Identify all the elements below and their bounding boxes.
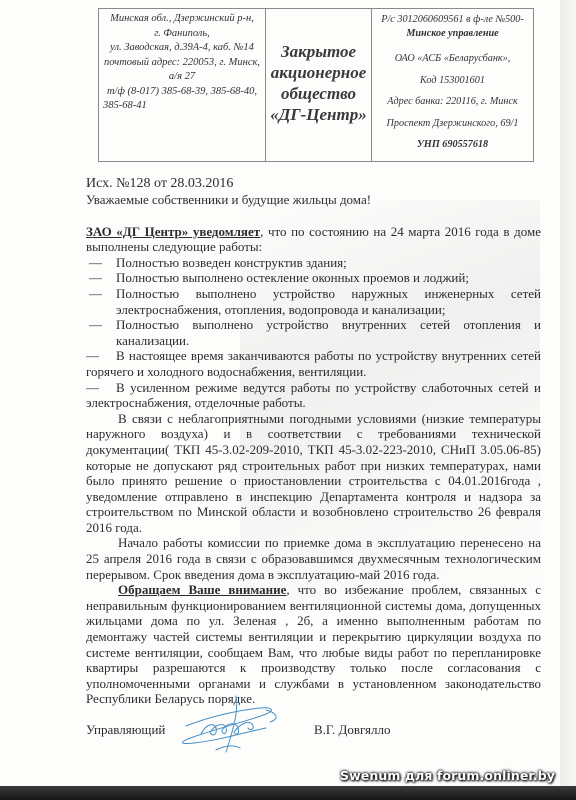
bank-branch: Минское управление — [375, 27, 530, 41]
address-line: г. Фаниполь, — [103, 27, 261, 42]
ongoing-work-paragraph: —В настоящее время заканчиваются работы … — [86, 348, 541, 379]
unp-number: УНП 690557618 — [375, 134, 530, 156]
address-line: ул. Заводская, д.39А-4, каб. №14 — [103, 41, 261, 56]
bank-address: Адрес банка: 220116, г. Минск — [375, 91, 530, 113]
attention-heading: Обращаем Ваше внимание — [118, 582, 286, 597]
phone-line: т/ф (8-017) 385-68-39, 385-68-40, — [103, 85, 261, 100]
bank-name: ОАО «АСБ «Беларусбанк», — [375, 48, 530, 70]
greeting: Уважаемые собственники и будущие жильцы … — [86, 192, 541, 208]
company-name-line: общество — [281, 83, 356, 104]
address-line: Минская обл., Дзержинский р-н, — [103, 12, 261, 27]
forum-watermark: Swenum для forum.onliner.by — [340, 768, 555, 783]
signature-block: Управляющий В.Г. Довгялло — [86, 722, 541, 742]
company-notifies: ЗАО «ДГ Центр» уведомляет — [86, 224, 260, 239]
list-item: —Полностью возведен конструктив здания; — [86, 255, 541, 271]
page-edge — [560, 0, 576, 786]
bank-street: Проспект Дзержинского, 69/1 — [375, 113, 530, 135]
letterhead-address-cell: Минская обл., Дзержинский р-н, г. Фанипо… — [99, 9, 266, 161]
address-line: почтовый адрес: 220053, г. Минск, — [103, 56, 261, 71]
dash-bullet: — — [86, 348, 116, 364]
company-name-line: акционерное — [271, 62, 367, 83]
bottom-border-bar — [0, 786, 576, 800]
list-item-text: Полностью возведен конструктив здания; — [116, 255, 347, 270]
paragraph-text: В усиленном режиме ведутся работы по уст… — [86, 380, 541, 411]
dash-bullet: — — [86, 380, 116, 396]
dash-bullet: — — [89, 270, 102, 286]
ongoing-work-paragraph: —В усиленном режиме ведутся работы по ус… — [86, 380, 541, 411]
letterhead-company-cell: Закрытое акционерное общество «ДГ-Центр» — [266, 9, 372, 161]
list-item-text: Полностью выполнено устройство наружных … — [116, 286, 541, 317]
attention-paragraph: Обращаем Ваше внимание, что во избежание… — [86, 582, 541, 707]
outgoing-reference: Исх. №128 от 28.03.2016 — [86, 176, 541, 192]
letter-body: Исх. №128 от 28.03.2016 Уважаемые собств… — [86, 176, 541, 707]
phone-line: 385-68-41 — [103, 99, 261, 114]
signatory-name: В.Г. Довгялло — [314, 722, 390, 738]
list-item: —Полностью выполнено устройство внутренн… — [86, 317, 541, 348]
bank-code: Код 153001601 — [375, 70, 530, 92]
attention-text: , что во избежание проблем, связанных с … — [86, 582, 541, 706]
dash-bullet: — — [89, 317, 102, 333]
letterhead-bank-cell: Р/с 3012060609561 в ф-ле №500- Минское у… — [372, 9, 533, 161]
list-item: —Полностью выполнено устройство наружных… — [86, 286, 541, 317]
bank-account: Р/с 3012060609561 в ф-ле №500- — [375, 13, 530, 27]
dash-bullet: — — [89, 286, 102, 302]
list-item: —Полностью выполнено остекление оконных … — [86, 270, 541, 286]
list-item-text: Полностью выполнено устройство внутренни… — [116, 317, 541, 348]
letterhead-table: Минская обл., Дзержинский р-н, г. Фанипо… — [98, 8, 534, 162]
notification-paragraph: ЗАО «ДГ Центр» уведомляет, что по состоя… — [86, 224, 541, 255]
commission-paragraph: Начало работы комиссии по приемке дома в… — [86, 535, 541, 582]
list-item-text: Полностью выполнено остекление оконных п… — [116, 270, 469, 285]
company-name-line: Закрытое — [281, 41, 356, 62]
dash-bullet: — — [89, 255, 102, 271]
weather-suspension-paragraph: В связи с неблагоприятными погодными усл… — [86, 411, 541, 536]
paragraph-text: В настоящее время заканчиваются работы п… — [86, 348, 541, 379]
company-name-line: «ДГ-Центр» — [270, 104, 366, 125]
signatory-title: Управляющий — [86, 722, 165, 738]
address-line: а/я 27 — [103, 70, 261, 85]
completed-works-list: —Полностью возведен конструктив здания; … — [86, 255, 541, 349]
